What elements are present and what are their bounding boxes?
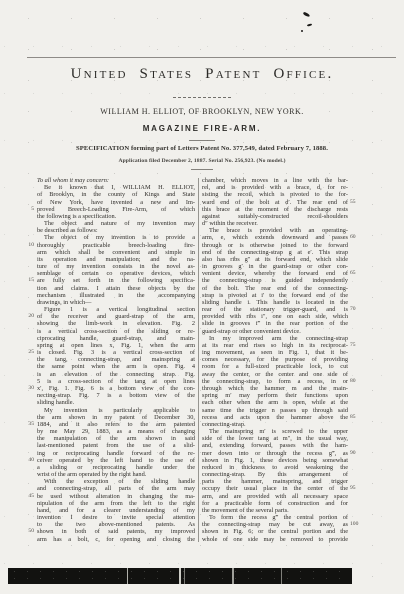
line-number bbox=[350, 191, 364, 198]
text-line: nipulation of the arm from the left to t… bbox=[37, 500, 195, 507]
text-line: spring m′ may perform their functions up… bbox=[202, 392, 348, 399]
text-line: My invention is particularly applicable … bbox=[37, 407, 195, 414]
line-number bbox=[20, 292, 34, 299]
line-number bbox=[350, 299, 364, 306]
line-number bbox=[350, 242, 364, 249]
line-number: 85 bbox=[350, 414, 364, 421]
line-number: 65 bbox=[350, 270, 364, 277]
left-line-numbers: 5101520253035404550 bbox=[20, 177, 34, 543]
line-number bbox=[350, 177, 364, 184]
line-number: 35 bbox=[20, 421, 34, 428]
text-line: against suitably-constructed recoil-shou… bbox=[202, 213, 348, 220]
text-line: guard-strap or other convenient device. bbox=[202, 328, 348, 335]
text-line: ceiver operated by the left hand to the … bbox=[37, 457, 195, 464]
line-number bbox=[350, 407, 364, 414]
text-line: The mainspring m′ is screwed to the uppe… bbox=[202, 428, 348, 435]
invention-title: MAGAZINE FIRE-ARM. bbox=[0, 124, 404, 133]
text-line: shown in Fig. 1, these devices being som… bbox=[202, 457, 348, 464]
text-line: strap is pivoted at i′ to the forward en… bbox=[202, 292, 348, 299]
text-line: are fully set forth in the following spe… bbox=[37, 277, 195, 284]
line-number bbox=[20, 270, 34, 277]
line-number bbox=[350, 514, 364, 521]
text-line: be used without alteration in changing t… bbox=[37, 493, 195, 500]
line-number bbox=[350, 500, 364, 507]
text-line: end of the connecting-strap g at e′. Thi… bbox=[202, 249, 348, 256]
line-number bbox=[20, 184, 34, 191]
line-number bbox=[20, 378, 34, 385]
text-line: semblage of certain co operative devices… bbox=[37, 270, 195, 277]
text-line: is an elevation of the connecting strap.… bbox=[37, 371, 195, 378]
text-line: room for a full-sized practicable lock, … bbox=[202, 363, 348, 370]
text-line: venient device, whereby the forward end … bbox=[202, 270, 348, 277]
line-number bbox=[20, 478, 34, 485]
text-line: the movement of the several parts. bbox=[202, 507, 348, 514]
text-line: the connecting-strap is guided independe… bbox=[202, 277, 348, 284]
film-strip bbox=[8, 568, 352, 584]
text-line: the manipulation of the arm shown in sai… bbox=[37, 435, 195, 442]
line-number bbox=[350, 213, 364, 220]
text-line: is closed. Fig. 3 is a vertical cross-se… bbox=[37, 349, 195, 356]
text-line: In my improved arm the connecting-strap bbox=[202, 335, 348, 342]
line-number bbox=[350, 263, 364, 270]
top-rule bbox=[27, 57, 396, 58]
text-line: rel, and is provided with a brace, d, fo… bbox=[202, 184, 348, 191]
text-line: mer down into or through the recess g‴, … bbox=[202, 450, 348, 457]
line-number bbox=[350, 292, 364, 299]
right-line-numbers: 556065707580859095100 bbox=[350, 177, 364, 543]
text-line: ing or reciprocating handle forward of t… bbox=[37, 450, 195, 457]
text-line: through or is otherwise joined to the fo… bbox=[202, 242, 348, 249]
line-number bbox=[350, 528, 364, 535]
text-line: the tang, connecting-strap, and mainspri… bbox=[37, 356, 195, 363]
text-line: invention I desire to invite special att… bbox=[37, 514, 195, 521]
text-line: comes necessary, for the purpose of prov… bbox=[202, 356, 348, 363]
line-number bbox=[20, 371, 34, 378]
line-number bbox=[350, 356, 364, 363]
text-line: side of the lower tang at m″, in the usu… bbox=[202, 435, 348, 442]
line-number bbox=[20, 263, 34, 270]
line-number bbox=[20, 320, 34, 327]
text-line: The brace is provided with an operating- bbox=[202, 227, 348, 234]
text-line: in grooves g′ in the guard-strap or othe… bbox=[202, 263, 348, 270]
patent-document-page: United States Patent Office. WILLIAM H. … bbox=[0, 0, 404, 594]
line-number bbox=[350, 277, 364, 284]
line-number bbox=[350, 421, 364, 428]
line-number: 5 bbox=[20, 206, 34, 213]
text-line: be described as follows: bbox=[37, 227, 195, 234]
line-number bbox=[350, 349, 364, 356]
text-line: ward end of the bolt at d′. The rear end… bbox=[202, 199, 348, 206]
line-number: 45 bbox=[20, 493, 34, 500]
text-line: hand, and for a clearer understanding of… bbox=[37, 507, 195, 514]
line-number bbox=[20, 342, 34, 349]
line-number: 60 bbox=[350, 234, 364, 241]
text-line: ciprocating handle, guard-strap, and mai… bbox=[37, 335, 195, 342]
line-number bbox=[20, 450, 34, 457]
text-line: ture of my invention consists in the nov… bbox=[37, 263, 195, 270]
text-line: slide in grooves i‴ in the rear portion … bbox=[202, 320, 348, 327]
text-line: of the receiver and guard-strap of the a… bbox=[37, 313, 195, 320]
column-divider bbox=[198, 178, 199, 542]
header-divider bbox=[173, 97, 231, 98]
text-line: necting-strap. Fig. 7 is a bottom view o… bbox=[37, 392, 195, 399]
line-number bbox=[20, 191, 34, 198]
line-number bbox=[20, 363, 34, 370]
text-line: also has ribs g″ at its forward end, whi… bbox=[202, 256, 348, 263]
text-line: this brace at the moment of the discharg… bbox=[202, 206, 348, 213]
line-number bbox=[20, 500, 34, 507]
line-number bbox=[350, 220, 364, 227]
line-number bbox=[20, 227, 34, 234]
text-line: proved Breech-Loading Fire-Arm, of which bbox=[37, 206, 195, 213]
text-line: spring at open lines x, Fig. 1, when the… bbox=[37, 342, 195, 349]
line-number bbox=[20, 299, 34, 306]
text-line: for a practicable form of construction a… bbox=[202, 500, 348, 507]
line-number bbox=[20, 249, 34, 256]
line-number: 90 bbox=[350, 450, 364, 457]
text-line: ing movement, as seen in Fig. 1, that it… bbox=[202, 349, 348, 356]
line-number: 20 bbox=[20, 313, 34, 320]
line-number bbox=[20, 328, 34, 335]
text-line: reduced in thickness to avoid weakening … bbox=[202, 464, 348, 471]
text-line: the following is a specification. bbox=[37, 213, 195, 220]
text-line: of New York, have invented a new and Im- bbox=[37, 199, 195, 206]
line-number bbox=[350, 457, 364, 464]
left-column: To all whom it may concern:Be it known t… bbox=[37, 177, 195, 543]
text-line: arm, e, which extends downward and passe… bbox=[202, 234, 348, 241]
text-line: rear of the stationary trigger-guard, an… bbox=[202, 306, 348, 313]
text-line: shown in Fig. 6; or the central portion … bbox=[202, 528, 348, 535]
line-number bbox=[350, 320, 364, 327]
text-line: Be it known that I, WILLIAM H. ELLIOT, bbox=[37, 184, 195, 191]
line-number: 95 bbox=[350, 485, 364, 492]
line-number: 80 bbox=[350, 378, 364, 385]
line-number bbox=[350, 464, 364, 471]
text-line: at its rear end rises so high in its rec… bbox=[202, 342, 348, 349]
line-number: 70 bbox=[350, 306, 364, 313]
text-line: 1884, and it also refers to the arm pate… bbox=[37, 421, 195, 428]
text-line: sliding handle. bbox=[37, 399, 195, 406]
line-number bbox=[20, 471, 34, 478]
line-number bbox=[20, 407, 34, 414]
text-line: Figure 1 is a vertical longitudinal sect… bbox=[37, 306, 195, 313]
text-line: The object and nature of my invention ma… bbox=[37, 220, 195, 227]
title-divider bbox=[189, 140, 215, 141]
text-line: a sliding or reciprocating handle under … bbox=[37, 464, 195, 471]
text-line: parts the hammer, mainspring, and trigge… bbox=[202, 478, 348, 485]
right-column: chamber, which moves in a line with the … bbox=[202, 177, 348, 543]
text-line: the connecting-strap may be cut away, as bbox=[202, 521, 348, 528]
text-line: tion and claims. I attain these objects … bbox=[37, 285, 195, 292]
text-line: drawings, in which— bbox=[37, 299, 195, 306]
line-number bbox=[350, 249, 364, 256]
text-line: mechanism illustrated in the accompanyin… bbox=[37, 292, 195, 299]
line-number bbox=[350, 227, 364, 234]
line-number bbox=[350, 536, 364, 543]
text-line: and connecting-strap, all parts of the a… bbox=[37, 485, 195, 492]
text-line: whole of one side may be removed to prov… bbox=[202, 536, 348, 543]
line-number bbox=[20, 464, 34, 471]
text-line: same time the trigger n passes up throug… bbox=[202, 407, 348, 414]
specification-divider bbox=[191, 169, 213, 170]
text-line: the arm shown in my patent of December 3… bbox=[37, 414, 195, 421]
line-number bbox=[350, 435, 364, 442]
text-line: occupy their usual place in the center o… bbox=[202, 485, 348, 492]
text-line: sliding handle i. This handle is located… bbox=[202, 299, 348, 306]
text-line: d″ within the receiver. bbox=[202, 220, 348, 227]
patentee-line: WILLIAM H. ELLIOT, OF BROOKLYN, NEW YORK… bbox=[0, 107, 404, 116]
line-number bbox=[20, 536, 34, 543]
line-number bbox=[20, 220, 34, 227]
line-number bbox=[20, 285, 34, 292]
text-line: thoroughly practicable breech-loading fi… bbox=[37, 242, 195, 249]
line-number: 100 bbox=[350, 521, 364, 528]
text-line: the connecting-strap, to form a recess, … bbox=[202, 378, 348, 385]
line-number bbox=[20, 507, 34, 514]
line-number bbox=[350, 313, 364, 320]
text-line: To all whom it may concern: bbox=[37, 177, 195, 184]
text-line: shown in both of said patents, my improv… bbox=[37, 528, 195, 535]
line-number: 10 bbox=[20, 242, 34, 249]
line-number bbox=[20, 335, 34, 342]
line-number bbox=[350, 335, 364, 342]
line-number bbox=[350, 428, 364, 435]
line-number: 30 bbox=[20, 385, 34, 392]
line-number bbox=[20, 428, 34, 435]
line-number bbox=[350, 363, 364, 370]
line-number: 15 bbox=[20, 277, 34, 284]
line-number bbox=[20, 392, 34, 399]
line-number bbox=[20, 521, 34, 528]
line-number bbox=[350, 285, 364, 292]
text-line: is a vertical cross-section of the slidi… bbox=[37, 328, 195, 335]
line-number bbox=[350, 507, 364, 514]
application-line: Application filed December 2, 1887. Seri… bbox=[0, 158, 404, 164]
line-number bbox=[350, 328, 364, 335]
line-number bbox=[350, 206, 364, 213]
line-number bbox=[350, 184, 364, 191]
text-line: showing the limb-work in elevation. Fig.… bbox=[37, 320, 195, 327]
line-number bbox=[350, 371, 364, 378]
line-number bbox=[20, 514, 34, 521]
line-number: 50 bbox=[20, 528, 34, 535]
text-line: arm which shall be convenient and simple… bbox=[37, 249, 195, 256]
text-line: chamber, which moves in a line with the … bbox=[202, 177, 348, 184]
line-number bbox=[350, 385, 364, 392]
line-number bbox=[20, 414, 34, 421]
text-line: connecting-strap. By this arrangement of bbox=[202, 471, 348, 478]
line-number bbox=[20, 435, 34, 442]
line-number bbox=[20, 442, 34, 449]
text-line: 5 is a cross-section of the tang at open… bbox=[37, 378, 195, 385]
text-line: connecting-strap. bbox=[202, 421, 348, 428]
text-line: sisting the recoil, which is pivoted to … bbox=[202, 191, 348, 198]
line-number bbox=[20, 177, 34, 184]
specification-line: SPECIFICATION forming part of Letters Pa… bbox=[0, 145, 404, 152]
text-line: arm, and are provided with all necessary… bbox=[202, 493, 348, 500]
line-number bbox=[350, 471, 364, 478]
ink-speck bbox=[307, 23, 312, 26]
ink-speck bbox=[303, 12, 311, 18]
line-number bbox=[20, 306, 34, 313]
line-number: 40 bbox=[20, 457, 34, 464]
text-line: With the exception of the sliding handle bbox=[37, 478, 195, 485]
line-number: 25 bbox=[20, 349, 34, 356]
text-line: The object of my invention is to provide… bbox=[37, 234, 195, 241]
line-number: 75 bbox=[350, 342, 364, 349]
line-number bbox=[350, 478, 364, 485]
text-line: arm has a bolt, c, for opening and closi… bbox=[37, 536, 195, 543]
line-number bbox=[20, 485, 34, 492]
patent-office-title: United States Patent Office. bbox=[0, 66, 404, 83]
line-number bbox=[20, 213, 34, 220]
line-number bbox=[20, 234, 34, 241]
text-line: by me May 29, 1883, as a means of changi… bbox=[37, 428, 195, 435]
text-line: of the bolt. The rear end of the connect… bbox=[202, 285, 348, 292]
text-line: through which the hammer m and the main- bbox=[202, 385, 348, 392]
text-line: To form the recess g‴ the central portio… bbox=[202, 514, 348, 521]
text-line: wrist of the arm operated by the right h… bbox=[37, 471, 195, 478]
line-number bbox=[350, 392, 364, 399]
line-number bbox=[350, 442, 364, 449]
text-line: recess and acts upon the hammer above th… bbox=[202, 414, 348, 421]
text-line: provided with ribs i″, one on each side,… bbox=[202, 313, 348, 320]
text-line: to the two above-mentioned patents. As bbox=[37, 521, 195, 528]
line-number bbox=[350, 256, 364, 263]
line-number: 55 bbox=[350, 199, 364, 206]
line-number bbox=[20, 356, 34, 363]
text-line: each other when the arm is open, while a… bbox=[202, 399, 348, 406]
ink-speck bbox=[301, 30, 303, 32]
text-line: the same point when the arm is open. Fig… bbox=[37, 363, 195, 370]
text-line: x′, Fig. 1. Fig. 6 is a bottom view of t… bbox=[37, 385, 195, 392]
text-line: away the center, or the center and one s… bbox=[202, 371, 348, 378]
line-number bbox=[20, 399, 34, 406]
line-number bbox=[20, 199, 34, 206]
text-line: last-mentioned patent from the use of a … bbox=[37, 442, 195, 449]
line-number bbox=[350, 399, 364, 406]
text-line: its operation and manipulation; and the … bbox=[37, 256, 195, 263]
line-number bbox=[350, 493, 364, 500]
line-number bbox=[20, 256, 34, 263]
text-line: of Brooklyn, in the county of Kings and … bbox=[37, 191, 195, 198]
text-line: and, extending forward, passes with the … bbox=[202, 442, 348, 449]
